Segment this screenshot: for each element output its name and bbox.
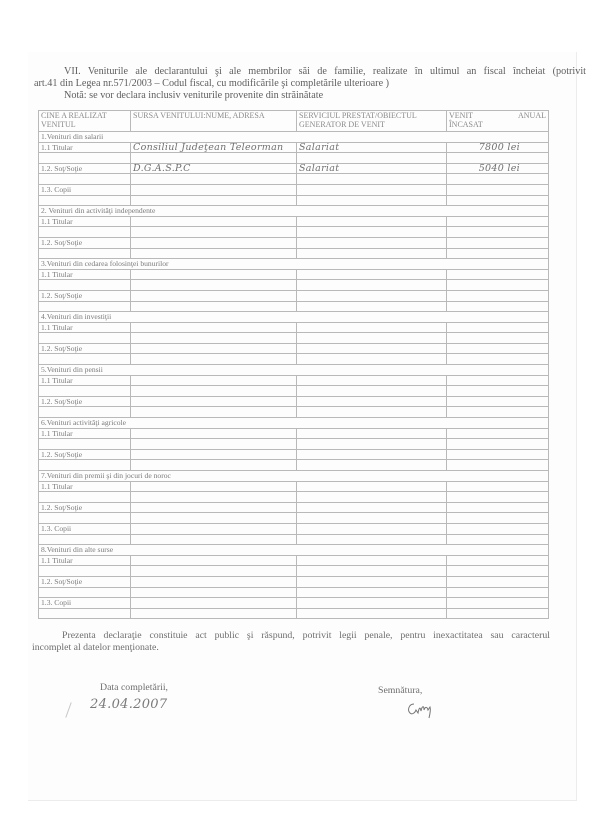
- table-header-row: CINE A REALIZAT VENITUL SURSA VENITULUI:…: [39, 111, 549, 132]
- empty-cell: [39, 587, 131, 598]
- empty-cell: [447, 153, 549, 164]
- empty-cell: [39, 439, 131, 450]
- table-row-spacer: [39, 227, 549, 238]
- table-row-spacer: [39, 195, 549, 206]
- empty-cell: [447, 492, 549, 503]
- empty-cell: [447, 354, 549, 365]
- row-label: 1.3. Copii: [39, 598, 131, 609]
- row-label: 1.3. Copii: [39, 523, 131, 534]
- table-row-spacer: [39, 301, 549, 312]
- empty-cell: [447, 386, 549, 397]
- empty-cell: [39, 354, 131, 365]
- empty-cell: [131, 354, 297, 365]
- section-title: 8.Venituri din alte surse: [39, 545, 549, 556]
- cell-source[interactable]: [131, 322, 297, 333]
- table-row: 1.2. Soţ/Soţie: [39, 396, 549, 407]
- cell-service[interactable]: [297, 290, 447, 301]
- row-label: 1.2. Soţ/Soţie: [39, 290, 131, 301]
- empty-cell: [39, 195, 131, 206]
- table-row: 1.3. Copii: [39, 523, 549, 534]
- row-label: 1.2. Soţ/Soţie: [39, 396, 131, 407]
- empty-cell: [131, 153, 297, 164]
- cell-income[interactable]: [447, 375, 549, 386]
- cell-source[interactable]: [131, 184, 297, 195]
- table-row-spacer: [39, 333, 549, 344]
- empty-cell: [39, 608, 131, 619]
- section-header-row: 2. Venituri din activităţi independente: [39, 206, 549, 217]
- empty-cell: [297, 153, 447, 164]
- section-header-row: 1.Venituri din salarii: [39, 132, 549, 143]
- table-row-spacer: [39, 174, 549, 185]
- cell-income[interactable]: [447, 343, 549, 354]
- empty-cell: [39, 174, 131, 185]
- empty-cell: [447, 407, 549, 418]
- empty-cell: [297, 333, 447, 344]
- row-label: 1.1 Titular: [39, 375, 131, 386]
- section-title: 1.Venituri din salarii: [39, 132, 549, 143]
- cell-source[interactable]: [131, 555, 297, 566]
- empty-cell: [131, 492, 297, 503]
- cell-income[interactable]: [447, 396, 549, 407]
- table-row-spacer: [39, 460, 549, 471]
- empty-cell: [39, 513, 131, 524]
- empty-cell: [297, 608, 447, 619]
- empty-cell: [447, 534, 549, 545]
- section-title: 2. Venituri din activităţi independente: [39, 206, 549, 217]
- empty-cell: [39, 153, 131, 164]
- cell-service[interactable]: Salariat: [297, 163, 447, 174]
- section-header-row: 4.Venituri din investiţii: [39, 312, 549, 323]
- empty-cell: [131, 174, 297, 185]
- cell-income[interactable]: [447, 184, 549, 195]
- empty-cell: [447, 333, 549, 344]
- cell-service[interactable]: [297, 502, 447, 513]
- table-row: 1.3. Copii: [39, 598, 549, 609]
- cell-source[interactable]: [131, 237, 297, 248]
- cell-source[interactable]: [131, 396, 297, 407]
- empty-cell: [447, 174, 549, 185]
- cell-source[interactable]: [131, 449, 297, 460]
- empty-cell: [39, 566, 131, 577]
- table-row: 1.1 Titular: [39, 322, 549, 333]
- cell-source[interactable]: [131, 343, 297, 354]
- table-row: 1.1 Titular: [39, 375, 549, 386]
- empty-cell: [39, 492, 131, 503]
- cell-service[interactable]: [297, 576, 447, 587]
- empty-cell: [39, 333, 131, 344]
- table-row-spacer: [39, 513, 549, 524]
- empty-cell: [447, 195, 549, 206]
- empty-cell: [297, 460, 447, 471]
- empty-cell: [131, 301, 297, 312]
- empty-cell: [297, 587, 447, 598]
- intro-line-1: VII. Veniturile ale declarantului şi ale…: [34, 66, 586, 78]
- empty-cell: [447, 513, 549, 524]
- header-income: VENITANUAL ÎNCASAT: [447, 111, 549, 132]
- cell-service[interactable]: [297, 523, 447, 534]
- empty-cell: [39, 301, 131, 312]
- section-title: 7.Venituri din premii şi din jocuri de n…: [39, 471, 549, 482]
- row-label: 1.2. Soţ/Soţie: [39, 163, 131, 174]
- empty-cell: [447, 280, 549, 291]
- table-row: 1.2. Soţ/Soţie: [39, 449, 549, 460]
- row-label: 1.1 Titular: [39, 322, 131, 333]
- row-label: 1.1 Titular: [39, 142, 131, 153]
- table-row: 1.1 Titular: [39, 428, 549, 439]
- cell-income[interactable]: [447, 449, 549, 460]
- empty-cell: [297, 195, 447, 206]
- row-label: 1.2. Soţ/Soţie: [39, 343, 131, 354]
- empty-cell: [39, 407, 131, 418]
- table-row: 1.1 Titular: [39, 216, 549, 227]
- signature-mark-icon: [405, 698, 445, 725]
- section-title: 3.Venituri din cedarea folosinţei bunuri…: [39, 259, 549, 270]
- table-row-spacer: [39, 439, 549, 450]
- empty-cell: [447, 248, 549, 259]
- cell-income[interactable]: 7800 lei: [447, 142, 549, 153]
- cell-service[interactable]: [297, 269, 447, 280]
- date-value: 24.04.2007: [90, 697, 167, 712]
- table-row-spacer: [39, 407, 549, 418]
- header-income-c: ÎNCASAT: [449, 120, 546, 129]
- empty-cell: [131, 587, 297, 598]
- empty-cell: [131, 439, 297, 450]
- table-row: 1.2. Soţ/Soţie: [39, 502, 549, 513]
- empty-cell: [131, 513, 297, 524]
- table-row-spacer: [39, 566, 549, 577]
- empty-cell: [297, 248, 447, 259]
- empty-cell: [39, 460, 131, 471]
- table-row: 1.2. Soţ/Soţie: [39, 343, 549, 354]
- income-table: CINE A REALIZAT VENITUL SURSA VENITULUI:…: [38, 110, 549, 619]
- empty-cell: [131, 608, 297, 619]
- row-label: 1.1 Titular: [39, 428, 131, 439]
- table-row: 1.2. Soţ/Soţie: [39, 237, 549, 248]
- cell-service[interactable]: [297, 216, 447, 227]
- empty-cell: [297, 301, 447, 312]
- cell-source[interactable]: [131, 428, 297, 439]
- section-title: 5.Venituri din pensii: [39, 365, 549, 376]
- cell-income[interactable]: [447, 555, 549, 566]
- table-row: 1.1 Titular: [39, 481, 549, 492]
- table-row-spacer: [39, 280, 549, 291]
- cell-source[interactable]: [131, 375, 297, 386]
- cell-income[interactable]: [447, 269, 549, 280]
- section-header-row: 5.Venituri din pensii: [39, 365, 549, 376]
- table-row-spacer: [39, 492, 549, 503]
- cell-source[interactable]: [131, 481, 297, 492]
- cell-service[interactable]: [297, 481, 447, 492]
- cell-service[interactable]: [297, 428, 447, 439]
- cell-service[interactable]: [297, 396, 447, 407]
- cell-source[interactable]: [131, 216, 297, 227]
- cell-service[interactable]: [297, 322, 447, 333]
- table-row: 1.2. Soţ/SoţieD.G.A.S.P.CSalariat5040 le…: [39, 163, 549, 174]
- header-income-a: VENIT: [449, 111, 473, 120]
- empty-cell: [39, 227, 131, 238]
- row-label: 1.1 Titular: [39, 269, 131, 280]
- section-header-row: 3.Venituri din cedarea folosinţei bunuri…: [39, 259, 549, 270]
- cell-source[interactable]: [131, 269, 297, 280]
- date-label: Data completării,: [100, 682, 168, 693]
- empty-cell: [297, 174, 447, 185]
- empty-cell: [297, 492, 447, 503]
- cell-income[interactable]: [447, 290, 549, 301]
- empty-cell: [131, 195, 297, 206]
- empty-cell: [131, 248, 297, 259]
- row-label: 1.1 Titular: [39, 216, 131, 227]
- empty-cell: [447, 587, 549, 598]
- cell-source[interactable]: [131, 502, 297, 513]
- cell-service[interactable]: [297, 555, 447, 566]
- empty-cell: [297, 280, 447, 291]
- cell-service[interactable]: [297, 343, 447, 354]
- row-label: 1.1 Titular: [39, 481, 131, 492]
- row-label: 1.2. Soţ/Soţie: [39, 502, 131, 513]
- empty-cell: [297, 354, 447, 365]
- empty-cell: [297, 386, 447, 397]
- cell-income[interactable]: [447, 576, 549, 587]
- table-row-spacer: [39, 354, 549, 365]
- cell-income[interactable]: [447, 481, 549, 492]
- cell-source[interactable]: [131, 290, 297, 301]
- table-row: 1.2. Soţ/Soţie: [39, 290, 549, 301]
- empty-cell: [131, 227, 297, 238]
- cell-source[interactable]: D.G.A.S.P.C: [131, 163, 297, 174]
- table-row-spacer: [39, 386, 549, 397]
- empty-cell: [297, 534, 447, 545]
- empty-cell: [39, 386, 131, 397]
- header-source: SURSA VENITULUI:NUME, ADRESA: [131, 111, 297, 132]
- empty-cell: [447, 227, 549, 238]
- table-row: 1.3. Copii: [39, 184, 549, 195]
- empty-cell: [131, 333, 297, 344]
- cell-source[interactable]: [131, 598, 297, 609]
- cell-income[interactable]: [447, 237, 549, 248]
- cell-income[interactable]: [447, 523, 549, 534]
- empty-cell: [297, 407, 447, 418]
- header-who: CINE A REALIZAT VENITUL: [39, 111, 131, 132]
- table-row-spacer: [39, 608, 549, 619]
- section-title: 4.Venituri din investiţii: [39, 312, 549, 323]
- empty-cell: [39, 280, 131, 291]
- row-label: 1.2. Soţ/Soţie: [39, 576, 131, 587]
- section-header-row: 8.Venituri din alte surse: [39, 545, 549, 556]
- empty-cell: [297, 227, 447, 238]
- section-intro: VII. Veniturile ale declarantului şi ale…: [38, 66, 586, 102]
- cell-service[interactable]: Salariat: [297, 142, 447, 153]
- row-label: 1.1 Titular: [39, 555, 131, 566]
- cell-service[interactable]: [297, 237, 447, 248]
- cell-service[interactable]: [297, 598, 447, 609]
- empty-cell: [39, 248, 131, 259]
- empty-cell: [131, 280, 297, 291]
- cell-service[interactable]: [297, 375, 447, 386]
- section-header-row: 7.Venituri din premii şi din jocuri de n…: [39, 471, 549, 482]
- empty-cell: [131, 407, 297, 418]
- intro-note: Notă: se vor declara inclusiv veniturile…: [64, 90, 586, 102]
- table-row-spacer: [39, 153, 549, 164]
- cell-source[interactable]: [131, 523, 297, 534]
- empty-cell: [39, 534, 131, 545]
- header-service: SERVICIUL PRESTAT/OBIECTUL GENERATOR DE …: [297, 111, 447, 132]
- legal-statement: Prezenta declaraţie constituie act publi…: [38, 630, 548, 654]
- empty-cell: [297, 513, 447, 524]
- cell-source[interactable]: Consiliul Judeţean Teleorman: [131, 142, 297, 153]
- cell-income[interactable]: [447, 502, 549, 513]
- table-row-spacer: [39, 587, 549, 598]
- cell-source[interactable]: [131, 576, 297, 587]
- empty-cell: [447, 301, 549, 312]
- row-label: 1.2. Soţ/Soţie: [39, 237, 131, 248]
- empty-cell: [131, 566, 297, 577]
- empty-cell: [447, 566, 549, 577]
- cell-income[interactable]: [447, 216, 549, 227]
- header-income-b: ANUAL: [518, 111, 546, 120]
- cell-income[interactable]: [447, 598, 549, 609]
- cell-service[interactable]: [297, 184, 447, 195]
- empty-cell: [297, 439, 447, 450]
- table-row: 1.1 Titular: [39, 555, 549, 566]
- row-label: 1.3. Copii: [39, 184, 131, 195]
- section-title: 6.Venituri activităţi agricole: [39, 418, 549, 429]
- empty-cell: [131, 460, 297, 471]
- empty-cell: [447, 460, 549, 471]
- cell-income[interactable]: [447, 322, 549, 333]
- cell-service[interactable]: [297, 449, 447, 460]
- table-row: 1.1 Titular: [39, 269, 549, 280]
- table-row: 1.1 TitularConsiliul Judeţean TeleormanS…: [39, 142, 549, 153]
- table-row-spacer: [39, 534, 549, 545]
- empty-cell: [447, 608, 549, 619]
- empty-cell: [447, 439, 549, 450]
- empty-cell: [131, 534, 297, 545]
- table-row: 1.2. Soţ/Soţie: [39, 576, 549, 587]
- cell-income[interactable]: [447, 428, 549, 439]
- signature-label: Semnătura,: [378, 685, 422, 696]
- cell-income[interactable]: 5040 lei: [447, 163, 549, 174]
- empty-cell: [297, 566, 447, 577]
- statement-line-2: incomplet al datelor menţionate.: [32, 642, 548, 654]
- empty-cell: [131, 386, 297, 397]
- intro-line-2: art.41 din Legea nr.571/2003 – Codul fis…: [34, 78, 586, 90]
- row-label: 1.2. Soţ/Soţie: [39, 449, 131, 460]
- statement-line-1: Prezenta declaraţie constituie act publi…: [32, 630, 550, 642]
- section-header-row: 6.Venituri activităţi agricole: [39, 418, 549, 429]
- table-row-spacer: [39, 248, 549, 259]
